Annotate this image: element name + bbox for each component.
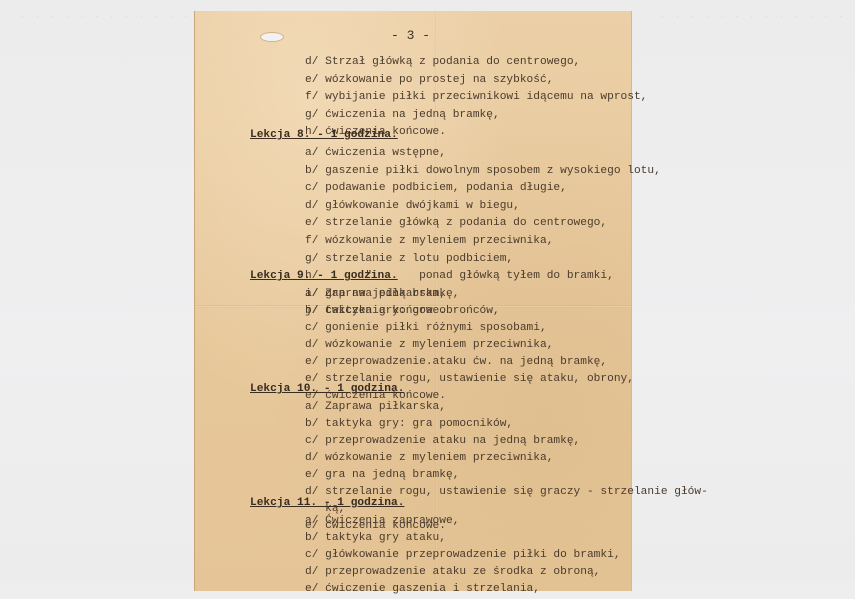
lesson-9-title: Lekcja 9. - 1 godzina. xyxy=(250,268,398,286)
list-item: e/ przeprowadzenie.ataku ćw. na jedną br… xyxy=(305,354,607,372)
list-item: d/ wózkowanie z myleniem przeciwnika, xyxy=(305,337,553,355)
lesson-8-title: Lekcja 8. - 1 godzina. xyxy=(250,127,398,145)
bleed-through-text: . . . . . . . . . . . . . . . xyxy=(660,10,855,20)
list-item: g/ ćwiczenia na jedną bramkę, xyxy=(305,107,500,125)
page-number: - 3 - xyxy=(391,27,430,45)
list-item: e/ strzelanie główką z podania do centro… xyxy=(305,215,607,233)
list-item: b/ taktyka gry: gra obrońców, xyxy=(305,303,500,321)
lesson-10-title: Lekcja 10. - 1 godzina. xyxy=(250,381,404,399)
list-item: e/ wózkowanie po prostej na szybkość, xyxy=(305,72,553,90)
list-item: b/ taktyka gry: gra pomocników, xyxy=(305,416,513,434)
list-item: d/ główkowanie dwójkami w biegu, xyxy=(305,198,520,216)
list-item: c/ podawanie podbiciem, podania długie, xyxy=(305,180,567,198)
list-item: d/ wózkowanie z myleniem przeciwnika, xyxy=(305,450,553,468)
list-item: a/ Ćwiczenia zaprawowe, xyxy=(305,513,459,531)
list-item: d/ przeprowadzenie ataku ze środka z obr… xyxy=(305,564,600,581)
list-item: c/ główkowanie przeprowadzenie piłki do … xyxy=(305,547,621,565)
paper-hole xyxy=(261,33,283,41)
list-item: a/ Zaprawa piłkarska, xyxy=(305,399,446,417)
lesson-11-title: Lekcja 11. - 1 godzina. xyxy=(250,495,404,513)
list-item: e/ gra na jedną bramkę, xyxy=(305,467,459,485)
list-item: c/ gonienie piłki różnymi sposobami, xyxy=(305,320,547,338)
list-item: f/ wybijanie piłki przeciwnikowi idącemu… xyxy=(305,89,647,107)
document-page: - 3 - d/ Strzał główką z podania do cent… xyxy=(195,11,631,581)
list-item: b/ taktyka gry ataku, xyxy=(305,530,446,548)
list-item: c/ przeprowadzenie ataku na jedną bramkę… xyxy=(305,433,580,451)
list-item: a/ ćwiczenia wstępne, xyxy=(305,145,446,163)
list-item: a/ Zaprawa piłkarska, xyxy=(305,286,446,304)
list-item: f/ wózkowanie z myleniem przeciwnika, xyxy=(305,233,553,251)
list-item: b/ gaszenie piłki dowolnym sposobem z wy… xyxy=(305,163,661,181)
list-item: g/ strzelanie z lotu podbiciem, xyxy=(305,251,513,269)
list-item: d/ Strzał główką z podania do centrowego… xyxy=(305,54,580,72)
